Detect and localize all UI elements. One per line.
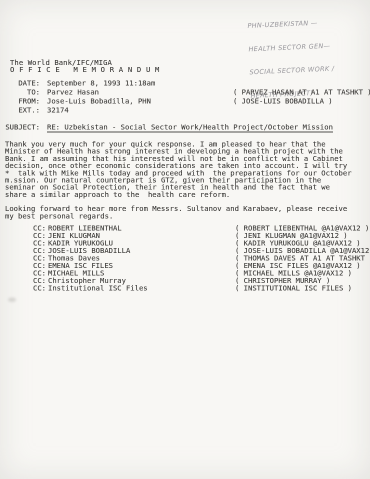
- cc-address: ( INSTITUTIONAL ISC FILES ): [235, 285, 352, 292]
- date-value: September 8, 1993 11:18am: [47, 80, 155, 87]
- field-row-ext: EXT.: 32174: [0, 107, 370, 116]
- subject-label: SUBJECT:: [0, 124, 40, 131]
- body-paragraph-1: Thank you very much for your quick respo…: [5, 141, 367, 199]
- subject-value: RE: Uzbekistan - Social Sector Work/Heal…: [47, 124, 333, 133]
- annotation-line: PHN-UZBEKISTAN —: [247, 19, 332, 30]
- to-label: TO:: [0, 89, 40, 96]
- memo-fields: DATE: September 8, 1993 11:18am TO: Parv…: [0, 80, 370, 133]
- memo-page: PHN-UZBEKISTAN — HEALTH SECTOR GEN— SOCI…: [0, 0, 370, 479]
- letterhead: The World Bank/IFC/MIGA O F F I C E M E …: [10, 60, 160, 74]
- from-label: FROM:: [0, 98, 40, 105]
- to-value: Parvez Hasan: [47, 89, 99, 96]
- ext-value: 32174: [47, 107, 69, 114]
- memo-title: O F F I C E M E M O R A N D U M: [10, 67, 160, 74]
- cc-label: CC:: [33, 285, 46, 292]
- from-value: Jose-Luis Bobadilla, PHN: [47, 98, 151, 105]
- to-address: ( PARVEZ HASAN AT A1 AT TASHKT ): [233, 89, 370, 96]
- field-row-subject: SUBJECT: RE: Uzbekistan - Social Sector …: [0, 124, 370, 133]
- annotation-line: HEALTH SECTOR GEN—: [248, 42, 333, 53]
- from-address: ( JOSE-LUIS BOBADILLA ): [233, 98, 333, 105]
- scan-smudge: [8, 298, 16, 303]
- ext-label: EXT.:: [0, 107, 40, 114]
- cc-list: CC: ROBERT LIEBENTHAL ( ROBERT LIEBENTHA…: [0, 225, 370, 293]
- memo-body: Thank you very much for your quick respo…: [5, 141, 367, 227]
- body-paragraph-2: Looking forward to hear more from Messrs…: [5, 206, 367, 220]
- cc-row: CC: Institutional ISC Files ( INSTITUTIO…: [0, 285, 370, 293]
- date-label: DATE:: [0, 80, 40, 87]
- annotation-line: SOCIAL SECTOR WORK /: [249, 65, 334, 76]
- cc-name: Institutional ISC Files: [48, 285, 148, 292]
